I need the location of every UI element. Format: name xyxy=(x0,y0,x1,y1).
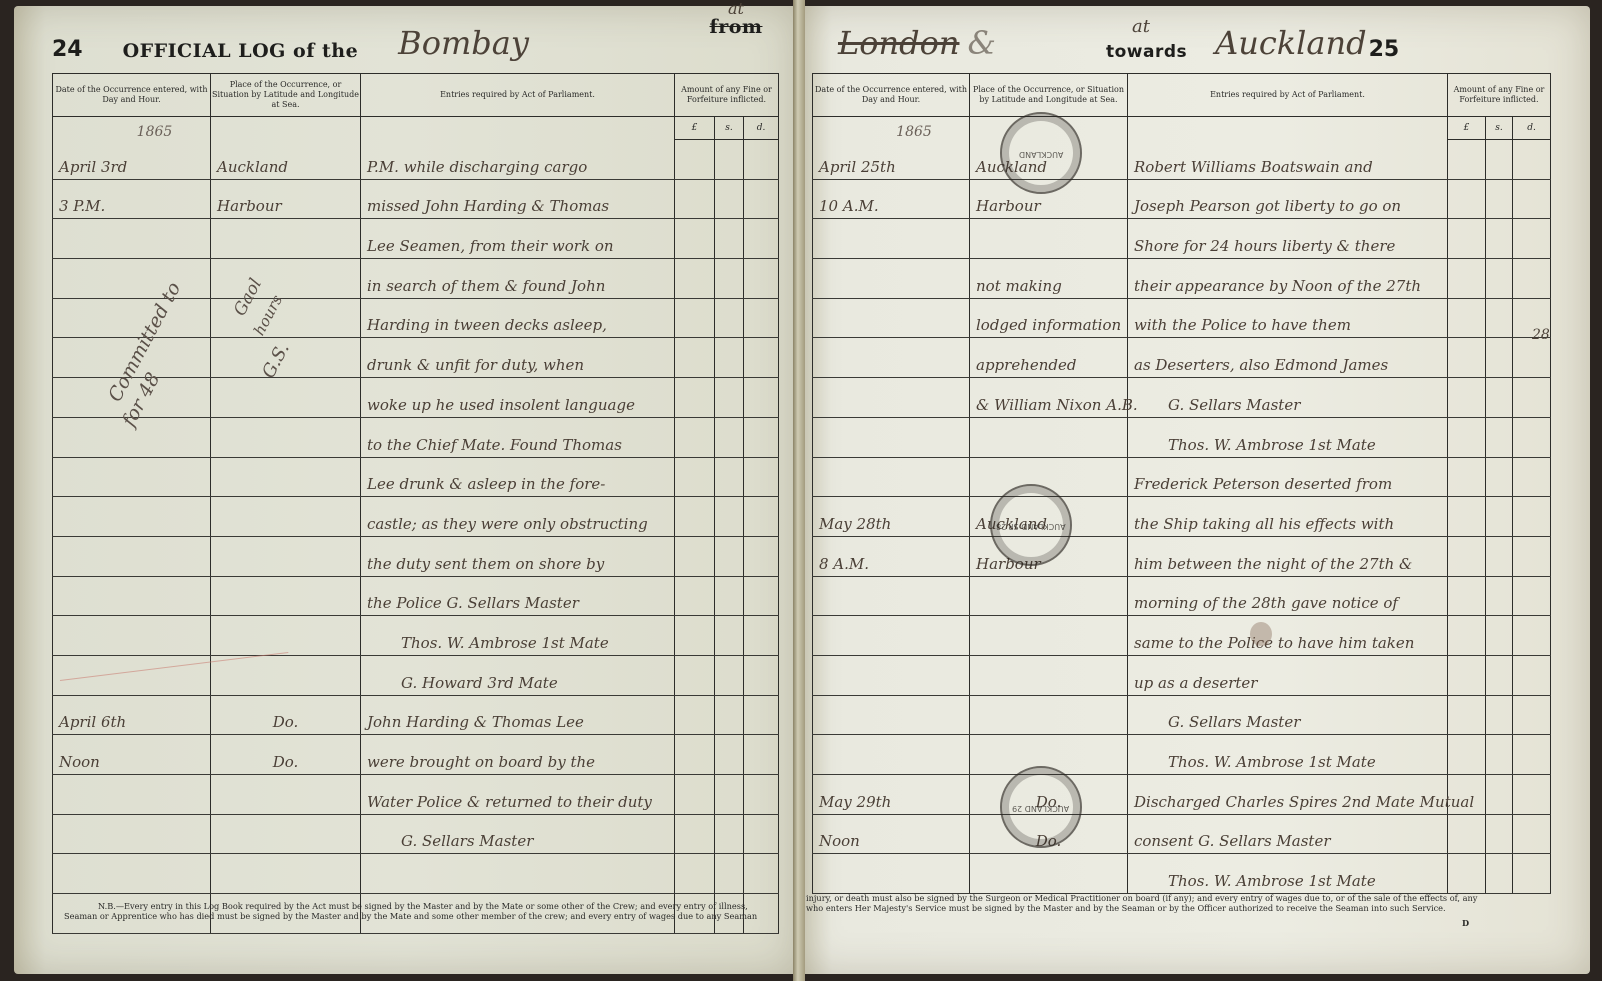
place-text: Do. xyxy=(211,713,360,734)
date-cell: May 29th xyxy=(813,775,970,815)
pounds-cell xyxy=(1448,338,1486,378)
shillings-cell xyxy=(1486,854,1513,894)
entry-cell: same to the Police to have him taken xyxy=(1128,616,1448,656)
place-cell xyxy=(211,576,361,616)
shillings-cell xyxy=(1486,735,1513,775)
pounds-cell xyxy=(675,814,715,854)
entry-text: castle; as they were only obstructing xyxy=(361,515,674,536)
pounds-cell xyxy=(675,536,715,576)
date-cell: April 3rd xyxy=(53,140,211,180)
place-cell xyxy=(211,536,361,576)
date-cell xyxy=(813,695,970,735)
pounds-cell xyxy=(675,457,715,497)
entry-text: him between the night of the 27th & xyxy=(1128,555,1447,576)
log-row: May 28thAucklandthe Ship taking all his … xyxy=(813,497,1551,537)
entry-text: Shore for 24 hours liberty & there xyxy=(1128,237,1447,258)
date-text: May 28th xyxy=(813,515,969,536)
date-cell: 8 A.M. xyxy=(813,536,970,576)
entry-cell: consent G. Sellars Master xyxy=(1128,814,1448,854)
place-cell xyxy=(970,695,1128,735)
entry-cell: as Deserters, also Edmond James xyxy=(1128,338,1448,378)
left-page-number: 24 xyxy=(52,37,83,62)
entry-cell: G. Howard 3rd Mate xyxy=(361,655,675,695)
place-text: & William Nixon A.B. xyxy=(970,396,1127,417)
pence-cell xyxy=(1513,179,1551,219)
pounds-cell xyxy=(1448,655,1486,695)
shillings-cell xyxy=(1486,497,1513,537)
log-row: lodged informationwith the Police to hav… xyxy=(813,298,1551,338)
entry-cell: Thos. W. Ambrose 1st Mate xyxy=(1128,735,1448,775)
entry-text: Lee drunk & asleep in the fore- xyxy=(361,475,674,496)
shillings-header: s. xyxy=(1486,117,1513,140)
log-row: castle; as they were only obstructing xyxy=(53,497,779,537)
pence-cell xyxy=(744,179,779,219)
postmark-stamp: AUCKLAND SP 28 xyxy=(990,484,1072,566)
entry-cell: their appearance by Noon of the 27th xyxy=(1128,259,1448,299)
entry-cell: the Ship taking all his effects with xyxy=(1128,497,1448,537)
place-cell xyxy=(211,259,361,299)
entry-cell: castle; as they were only obstructing xyxy=(361,497,675,537)
log-row: the Police G. Sellars Master xyxy=(53,576,779,616)
pence-cell xyxy=(744,854,779,894)
col-place-header: Place of the Occurrence, or Situation by… xyxy=(211,74,361,117)
place-text: apprehended xyxy=(970,356,1127,377)
year-cell: 1865 xyxy=(53,117,211,140)
stamp-text: AUCKLAND xyxy=(1019,149,1063,158)
right-footer-note: injury, or death must also be signed by … xyxy=(806,893,1477,914)
right-footer-line-1: injury, or death must also be signed by … xyxy=(806,893,1477,903)
pounds-header: £ xyxy=(675,117,715,140)
date-text: May 29th xyxy=(813,793,969,814)
entry-text: Thos. W. Ambrose 1st Mate xyxy=(1128,872,1447,893)
date-cell: 3 P.M. xyxy=(53,179,211,219)
pounds-cell xyxy=(1448,854,1486,894)
entry-text: Joseph Pearson got liberty to go on xyxy=(1128,197,1447,218)
date-cell xyxy=(813,338,970,378)
date-cell xyxy=(53,814,211,854)
entry-text: up as a deserter xyxy=(1128,674,1447,695)
pounds-cell xyxy=(675,338,715,378)
entry-cell: morning of the 28th gave notice of xyxy=(1128,576,1448,616)
entry-text xyxy=(361,930,674,933)
place-cell xyxy=(970,219,1128,259)
pounds-cell xyxy=(675,497,715,537)
left-footer-line-2: Seaman or Apprentice who has died must b… xyxy=(64,911,757,921)
shillings-cell xyxy=(1486,378,1513,418)
pounds-cell xyxy=(1448,179,1486,219)
entry-text: the Ship taking all his effects with xyxy=(1128,515,1447,536)
pounds-cell xyxy=(1448,497,1486,537)
destination: Auckland xyxy=(1215,24,1366,62)
log-row: Thos. W. Ambrose 1st Mate xyxy=(813,417,1551,457)
date-cell xyxy=(813,616,970,656)
entry-spacer xyxy=(1128,117,1448,140)
place-cell xyxy=(970,854,1128,894)
log-row: 10 A.M.HarbourJoseph Pearson got liberty… xyxy=(813,179,1551,219)
date-cell xyxy=(813,735,970,775)
pounds-cell xyxy=(675,775,715,815)
pence-cell xyxy=(1513,497,1551,537)
pence-cell xyxy=(1513,775,1551,815)
shillings-cell xyxy=(715,497,744,537)
entry-text: Lee Seamen, from their work on xyxy=(361,237,674,258)
shillings-cell xyxy=(1486,616,1513,656)
log-row: Thos. W. Ambrose 1st Mate xyxy=(53,616,779,656)
date-cell: April 6th xyxy=(53,695,211,735)
date-cell xyxy=(53,457,211,497)
pence-cell xyxy=(744,775,779,815)
shillings-cell xyxy=(715,140,744,180)
pounds-cell xyxy=(1448,219,1486,259)
log-row: NoonDo.were brought on board by the xyxy=(53,735,779,775)
entry-cell: G. Sellars Master xyxy=(1128,695,1448,735)
log-row: Lee drunk & asleep in the fore- xyxy=(53,457,779,497)
date-text: April 6th xyxy=(53,713,210,734)
pence-cell xyxy=(744,576,779,616)
entry-cell: Robert Williams Boatswain and xyxy=(1128,140,1448,180)
shillings-cell xyxy=(715,457,744,497)
year-label: 1865 xyxy=(53,124,210,140)
pounds-cell xyxy=(675,417,715,457)
pence-cell xyxy=(744,497,779,537)
year-cell: 1865 xyxy=(813,117,970,140)
ship-name: Bombay xyxy=(398,24,529,62)
entry-text: their appearance by Noon of the 27th xyxy=(1128,277,1447,298)
date-cell: May 28th xyxy=(813,497,970,537)
date-cell xyxy=(53,219,211,259)
date-cell xyxy=(53,259,211,299)
printed-title: OFFICIAL LOG of the xyxy=(123,40,359,62)
shillings-cell xyxy=(715,417,744,457)
pence-cell xyxy=(744,338,779,378)
entry-text: to the Chief Mate. Found Thomas xyxy=(361,436,674,457)
entry-text: John Harding & Thomas Lee xyxy=(361,713,674,734)
pence-cell xyxy=(1513,417,1551,457)
col-place-header: Place of the Occurrence, or Situation by… xyxy=(970,74,1128,117)
place-cell: Harbour xyxy=(211,179,361,219)
entry-cell xyxy=(361,854,675,894)
place-cell xyxy=(211,417,361,457)
entry-text: Thos. W. Ambrose 1st Mate xyxy=(361,634,674,655)
pounds-cell xyxy=(675,298,715,338)
shillings-cell xyxy=(1486,457,1513,497)
place-cell: not making xyxy=(970,259,1128,299)
log-row: to the Chief Mate. Found Thomas xyxy=(53,417,779,457)
place-cell: apprehended xyxy=(970,338,1128,378)
log-row xyxy=(53,854,779,894)
place-cell xyxy=(211,219,361,259)
shillings-cell xyxy=(715,536,744,576)
pounds-cell xyxy=(675,378,715,418)
pounds-cell xyxy=(1448,814,1486,854)
from-place: London xyxy=(838,24,959,62)
shillings-cell xyxy=(715,259,744,299)
col-fine-header: Amount of any Fine or Forfeiture inflict… xyxy=(675,74,779,117)
shillings-cell xyxy=(715,338,744,378)
pence-cell xyxy=(744,616,779,656)
log-row: NoonDo.consent G. Sellars Master xyxy=(813,814,1551,854)
place-cell xyxy=(970,417,1128,457)
pounds-header: £ xyxy=(1448,117,1486,140)
shillings-cell xyxy=(1486,775,1513,815)
shillings-cell xyxy=(715,378,744,418)
place-text: lodged information xyxy=(970,316,1127,337)
place-cell xyxy=(211,655,361,695)
entry-cell: Thos. W. Ambrose 1st Mate xyxy=(361,616,675,656)
date-cell: Noon xyxy=(53,735,211,775)
entry-cell: Joseph Pearson got liberty to go on xyxy=(1128,179,1448,219)
entry-cell: missed John Harding & Thomas xyxy=(361,179,675,219)
entry-text: Robert Williams Boatswain and xyxy=(1128,158,1447,179)
log-row: April 3rdAucklandP.M. while discharging … xyxy=(53,140,779,180)
shillings-cell xyxy=(715,219,744,259)
entry-text: Thos. W. Ambrose 1st Mate xyxy=(1128,753,1447,774)
entry-text: Discharged Charles Spires 2nd Mate Mutua… xyxy=(1128,793,1447,814)
place-spacer xyxy=(211,117,361,140)
date-cell xyxy=(813,417,970,457)
date-cell xyxy=(53,616,211,656)
date-cell xyxy=(813,298,970,338)
pounds-cell xyxy=(1448,140,1486,180)
entry-cell: Frederick Peterson deserted from xyxy=(1128,457,1448,497)
pounds-cell xyxy=(1448,259,1486,299)
log-row: & William Nixon A.B.G. Sellars Master xyxy=(813,378,1551,418)
pounds-cell xyxy=(675,259,715,299)
pounds-cell xyxy=(1448,775,1486,815)
entry-cell: were brought on board by the xyxy=(361,735,675,775)
pence-cell xyxy=(744,378,779,418)
pounds-cell xyxy=(1448,695,1486,735)
entry-text: G. Sellars Master xyxy=(361,832,674,853)
pounds-cell xyxy=(1448,378,1486,418)
place-cell xyxy=(211,854,361,894)
col-entries-header: Entries required by Act of Parliament. xyxy=(361,74,675,117)
place-cell: & William Nixon A.B. xyxy=(970,378,1128,418)
log-row: drunk & unfit for duty, when xyxy=(53,338,779,378)
place-cell: Do. xyxy=(211,695,361,735)
towards-label: towards xyxy=(1106,42,1187,62)
entry-cell: G. Sellars Master xyxy=(1128,378,1448,418)
place-cell: Do. xyxy=(211,735,361,775)
shillings-cell xyxy=(1486,417,1513,457)
pence-cell xyxy=(1513,735,1551,775)
date-cell xyxy=(813,854,970,894)
pence-cell xyxy=(744,219,779,259)
from-overwrite: at xyxy=(706,2,766,16)
entry-text: were brought on board by the xyxy=(361,753,674,774)
date-cell xyxy=(53,775,211,815)
entry-cell: Lee drunk & asleep in the fore- xyxy=(361,457,675,497)
entry-text: G. Howard 3rd Mate xyxy=(361,674,674,695)
pounds-cell xyxy=(675,854,715,894)
entry-cell: Thos. W. Ambrose 1st Mate xyxy=(1128,854,1448,894)
col-entries-header: Entries required by Act of Parliament. xyxy=(1128,74,1448,117)
place-text: Harbour xyxy=(211,197,360,218)
entry-text: in search of them & found John xyxy=(361,277,674,298)
date-cell: Noon xyxy=(813,814,970,854)
log-row: Thos. W. Ambrose 1st Mate xyxy=(813,735,1551,775)
shillings-cell xyxy=(715,775,744,815)
place-cell xyxy=(211,378,361,418)
left-footer-note: N.B.—Every entry in this Log Book requir… xyxy=(64,901,757,922)
towards-field: at towards xyxy=(1106,42,1187,62)
entry-cell: Shore for 24 hours liberty & there xyxy=(1128,219,1448,259)
date-text: 3 P.M. xyxy=(53,197,210,218)
ink-stain xyxy=(1250,622,1272,646)
pence-cell xyxy=(744,298,779,338)
date-cell xyxy=(53,536,211,576)
pence-cell xyxy=(744,695,779,735)
right-page-number: 25 xyxy=(1369,37,1400,62)
pounds-cell xyxy=(675,576,715,616)
entry-cell: to the Chief Mate. Found Thomas xyxy=(361,417,675,457)
shillings-cell xyxy=(1486,536,1513,576)
place-cell xyxy=(970,655,1128,695)
entry-text: Harding in tween decks asleep, xyxy=(361,316,674,337)
log-row: the duty sent them on shore by xyxy=(53,536,779,576)
shillings-cell xyxy=(1486,259,1513,299)
logbook-spread: 24 OFFICIAL LOG of the Bombay at from Lo… xyxy=(0,0,1602,981)
from-place-suffix: & xyxy=(967,24,995,62)
from-field: at from xyxy=(706,2,766,38)
pounds-cell xyxy=(675,616,715,656)
date-text: Noon xyxy=(53,753,210,774)
entry-text: as Deserters, also Edmond James xyxy=(1128,356,1447,377)
entry-text: G. Sellars Master xyxy=(1128,713,1447,734)
pence-header: d. xyxy=(1513,117,1551,140)
shillings-cell xyxy=(715,814,744,854)
shillings-cell xyxy=(715,179,744,219)
pounds-cell xyxy=(1448,576,1486,616)
entry-text: G. Sellars Master xyxy=(1128,396,1447,417)
signature-letter: D xyxy=(1462,918,1469,928)
year-label: 1865 xyxy=(813,124,969,140)
entry-text: Thos. W. Ambrose 1st Mate xyxy=(1128,436,1447,457)
pence-cell xyxy=(1513,378,1551,418)
postmark-stamp: AUCKLAND 29 xyxy=(1000,766,1082,848)
pence-cell xyxy=(744,655,779,695)
pence-cell xyxy=(1513,576,1551,616)
pounds-cell xyxy=(675,695,715,735)
shillings-cell xyxy=(715,655,744,695)
date-cell xyxy=(53,655,211,695)
right-log-table: Date of the Occurrence entered, with Day… xyxy=(812,73,1551,894)
log-row: G. Howard 3rd Mate xyxy=(53,655,779,695)
shillings-cell xyxy=(1486,576,1513,616)
date-cell xyxy=(813,457,970,497)
right-footer-line-2: who enters Her Majesty's Service must be… xyxy=(806,903,1477,913)
log-row: Water Police & returned to their duty xyxy=(53,775,779,815)
log-row: Thos. W. Ambrose 1st Mate xyxy=(813,854,1551,894)
entry-cell: Water Police & returned to their duty xyxy=(361,775,675,815)
date-text xyxy=(53,930,210,933)
date-cell: 10 A.M. xyxy=(813,179,970,219)
date-cell xyxy=(813,219,970,259)
date-text: Noon xyxy=(813,832,969,853)
pence-cell xyxy=(1513,695,1551,735)
pence-cell xyxy=(1513,457,1551,497)
date-cell xyxy=(53,854,211,894)
shillings-cell xyxy=(1486,219,1513,259)
entry-cell: with the Police to have them xyxy=(1128,298,1448,338)
place-text: Harbour xyxy=(970,197,1127,218)
date-cell xyxy=(813,576,970,616)
pounds-cell xyxy=(675,140,715,180)
date-text: April 3rd xyxy=(53,158,210,179)
entry-cell: G. Sellars Master xyxy=(361,814,675,854)
date-cell xyxy=(53,576,211,616)
entry-cell: Lee Seamen, from their work on xyxy=(361,219,675,259)
log-row: May 29thDo.Discharged Charles Spires 2nd… xyxy=(813,775,1551,815)
pence-cell xyxy=(1513,338,1551,378)
place-text: Do. xyxy=(211,753,360,774)
pence-cell xyxy=(1513,655,1551,695)
pence-cell xyxy=(744,259,779,299)
entry-text: woke up he used insolent language xyxy=(361,396,674,417)
entry-cell: Thos. W. Ambrose 1st Mate xyxy=(1128,417,1448,457)
date-cell xyxy=(53,497,211,537)
entry-text: missed John Harding & Thomas xyxy=(361,197,674,218)
pence-header: d. xyxy=(744,117,779,140)
pence-cell xyxy=(1513,854,1551,894)
place-text xyxy=(211,930,360,933)
shillings-cell xyxy=(715,854,744,894)
pence-cell xyxy=(744,735,779,775)
date-cell: April 25th xyxy=(813,140,970,180)
entry-cell: up as a deserter xyxy=(1128,655,1448,695)
margin-number: 28 xyxy=(1532,327,1550,343)
log-row: Lee Seamen, from their work on xyxy=(53,219,779,259)
entry-text: same to the Police to have him taken xyxy=(1128,634,1447,655)
from-label: from xyxy=(706,16,766,38)
pounds-cell xyxy=(1448,298,1486,338)
date-cell xyxy=(813,259,970,299)
pence-cell xyxy=(744,457,779,497)
shillings-cell xyxy=(715,576,744,616)
log-row: Shore for 24 hours liberty & there xyxy=(813,219,1551,259)
log-row: not makingtheir appearance by Noon of th… xyxy=(813,259,1551,299)
col-date-header: Date of the Occurrence entered, with Day… xyxy=(813,74,970,117)
entry-cell: him between the night of the 27th & xyxy=(1128,536,1448,576)
entry-cell: Harding in tween decks asleep, xyxy=(361,298,675,338)
entry-text: morning of the 28th gave notice of xyxy=(1128,594,1447,615)
date-cell xyxy=(53,298,211,338)
pence-cell xyxy=(1513,536,1551,576)
date-text: April 25th xyxy=(813,158,969,179)
entry-text: consent G. Sellars Master xyxy=(1128,832,1447,853)
place-cell xyxy=(970,616,1128,656)
log-row: G. Sellars Master xyxy=(53,814,779,854)
pounds-cell xyxy=(1448,457,1486,497)
pounds-cell xyxy=(675,655,715,695)
log-row: April 25thAucklandRobert Williams Boatsw… xyxy=(813,140,1551,180)
entry-cell: the Police G. Sellars Master xyxy=(361,576,675,616)
left-log-table: Date of the Occurrence entered, with Day… xyxy=(52,73,779,934)
right-title-row: London & at towards Auckland 25 xyxy=(838,26,1558,62)
place-text: not making xyxy=(970,277,1127,298)
pence-cell xyxy=(1513,140,1551,180)
shillings-cell xyxy=(715,298,744,338)
entry-cell: drunk & unfit for duty, when xyxy=(361,338,675,378)
shillings-cell xyxy=(1486,655,1513,695)
shillings-cell xyxy=(1486,298,1513,338)
shillings-cell xyxy=(1486,338,1513,378)
pence-cell xyxy=(1513,219,1551,259)
entry-text: P.M. while discharging cargo xyxy=(361,158,674,179)
pence-cell xyxy=(744,417,779,457)
book-gutter xyxy=(793,0,805,981)
entry-cell: in search of them & found John xyxy=(361,259,675,299)
